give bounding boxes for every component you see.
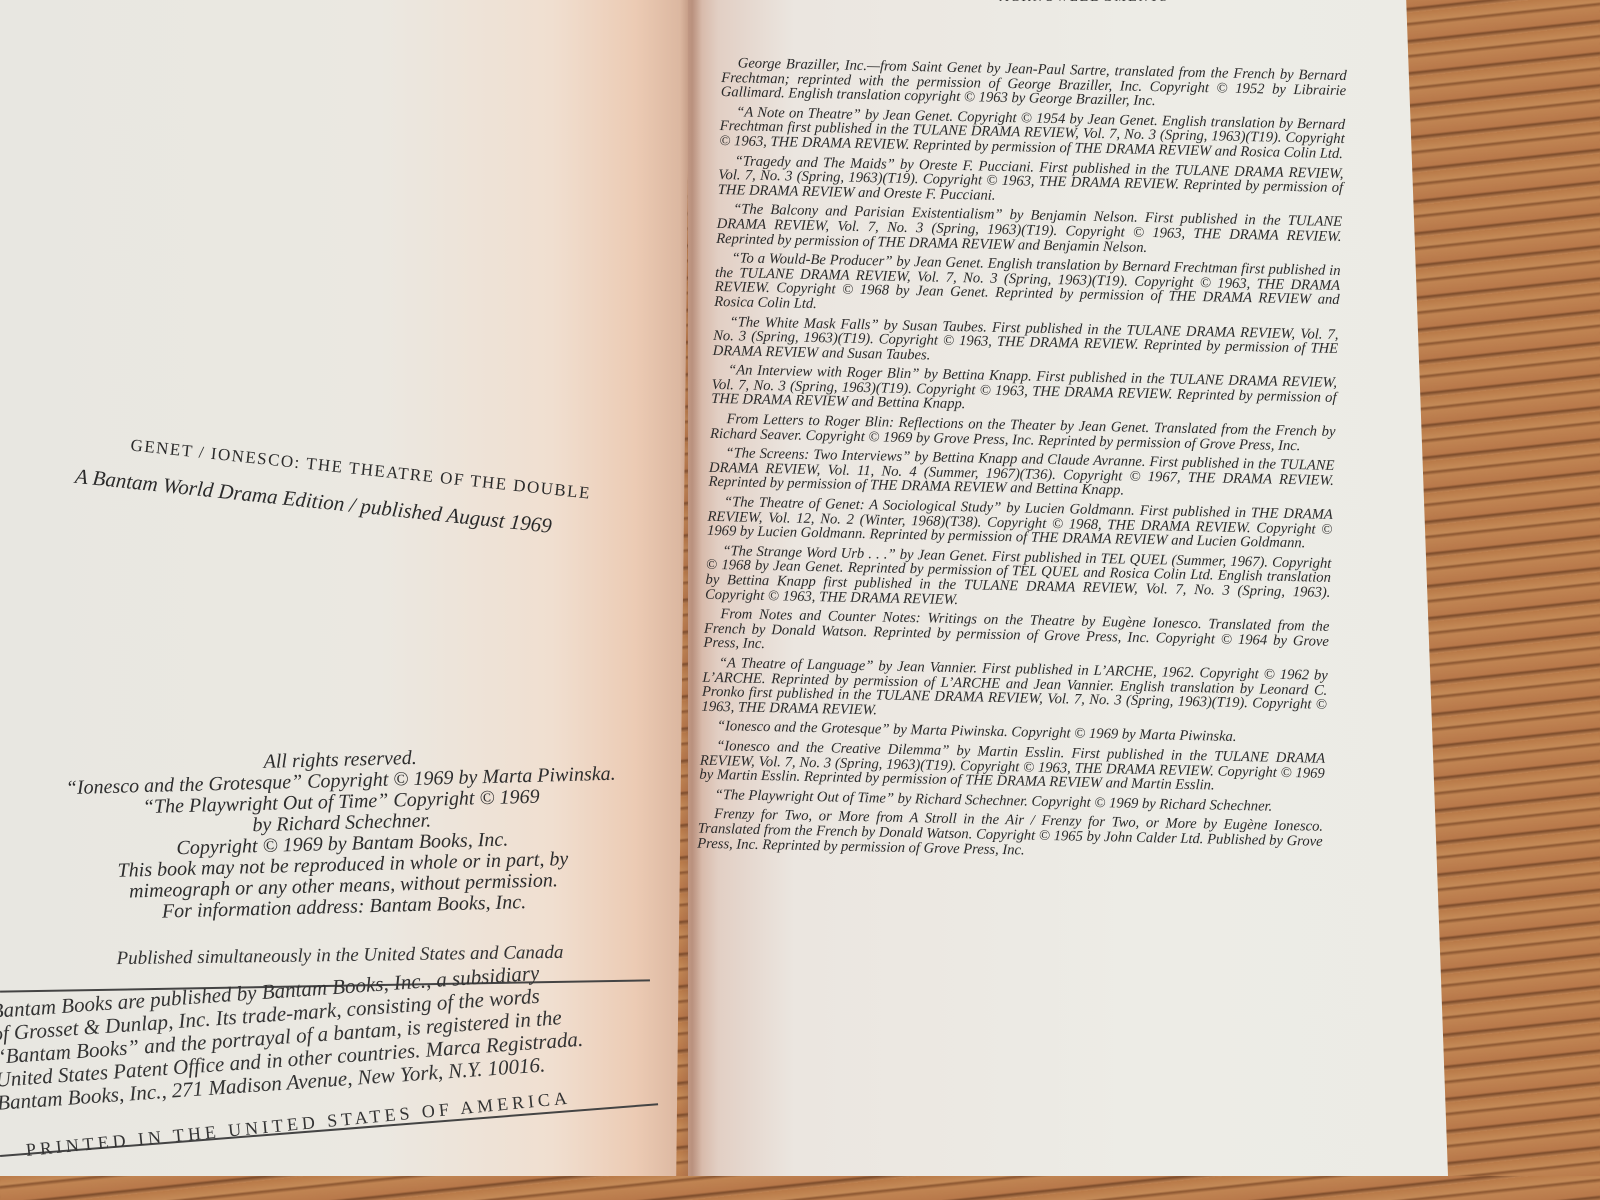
ack-entry: “The White Mask Falls” by Susan Taubes. … <box>713 314 1339 371</box>
ack-entry: From Notes and Counter Notes: Writings o… <box>703 607 1329 664</box>
ack-entry: “Ionesco and the Creative Dilemma” by Ma… <box>699 739 1325 796</box>
ack-entry: Frenzy for Two, or More from A Stroll in… <box>697 807 1323 864</box>
acknowledgments-list: George Braziller, Inc.—from Saint Genet … <box>697 56 1347 869</box>
ack-entry: “A Note on Theatre” by Jean Genet. Copyr… <box>719 105 1345 162</box>
ack-entry: “The Strange Word Urb . . .” by Jean Gen… <box>705 544 1332 615</box>
book-gutter <box>680 0 702 1176</box>
running-head: ACKNOWLEDGMENTS <box>1000 0 1169 6</box>
rights-block: All rights reserved. “Ionesco and the Gr… <box>30 742 654 926</box>
ack-entry: “The Balcony and Parisian Existentialism… <box>716 202 1342 259</box>
ack-entry: “A Theatre of Language” by Jean Vannier.… <box>701 656 1328 727</box>
ack-entry: “Tragedy and The Maids” by Oreste F. Puc… <box>718 154 1344 211</box>
ack-entry: “An Interview with Roger Blin” by Bettin… <box>711 363 1337 420</box>
ack-entry: “The Screens: Two Interviews” by Bettina… <box>708 446 1334 503</box>
ack-entry: “The Theatre of Genet: A Sociological St… <box>707 495 1333 552</box>
ack-entry: “To a Would-Be Producer” by Jean Genet. … <box>714 251 1341 322</box>
